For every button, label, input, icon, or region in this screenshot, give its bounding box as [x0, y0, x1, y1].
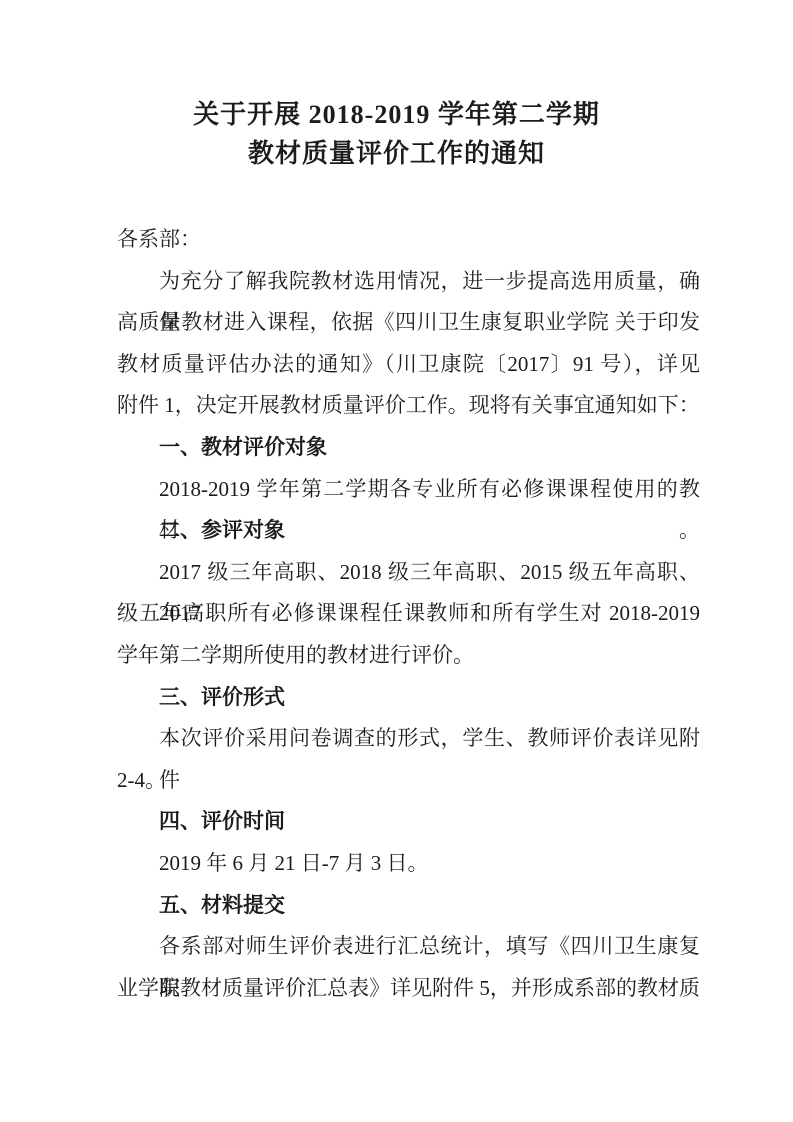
heading-section-3: 三、评价形式	[117, 677, 700, 719]
heading-section-4: 四、评价时间	[117, 801, 700, 843]
section-2-line-1: 2017 级三年高职、2018 级三年高职、2015 级五年高职、2017	[117, 552, 700, 594]
intro-line-1: 为充分了解我院教材选用情况，进一步提高选用质量，确保	[117, 261, 700, 303]
intro-line-3: 教材质量评估办法的通知》（川卫康院〔2017〕91 号），详见	[117, 344, 700, 386]
section-5-line-1: 各系部对师生评价表进行汇总统计，填写《四川卫生康复职	[117, 926, 700, 968]
section-5-line-2: 业学院教材质量评价汇总表》详见附件 5，并形成系部的教材质	[117, 968, 700, 1010]
document-page: 关于开展 2018-2019 学年第二学期 教材质量评价工作的通知 各系部： 为…	[0, 0, 793, 1122]
intro-line-2: 高质量教材进入课程，依据《四川卫生康复职业学院 关于印发	[117, 302, 700, 344]
heading-section-5: 五、材料提交	[117, 885, 700, 927]
intro-line-4: 附件 1，决定开展教材质量评价工作。现将有关事宜通知如下：	[117, 385, 700, 427]
section-4-line-1: 2019 年 6 月 21 日-7 月 3 日。	[117, 843, 700, 885]
section-1-line-1: 2018-2019 学年第二学期各专业所有必修课课程使用的教材。	[117, 469, 700, 511]
section-3-line-1: 本次评价采用问卷调查的形式，学生、教师评价表详见附件	[117, 718, 700, 760]
title-line-2: 教材质量评价工作的通知	[0, 134, 793, 173]
salutation: 各系部：	[117, 219, 700, 261]
document-title: 关于开展 2018-2019 学年第二学期 教材质量评价工作的通知	[0, 95, 793, 173]
heading-section-1: 一、教材评价对象	[117, 427, 700, 469]
section-3-line-2: 2-4。	[117, 760, 700, 802]
section-2-line-2: 级五年高职所有必修课课程任课教师和所有学生对 2018-2019	[117, 593, 700, 635]
document-body: 各系部： 为充分了解我院教材选用情况，进一步提高选用质量，确保 高质量教材进入课…	[117, 219, 700, 1009]
title-line-1: 关于开展 2018-2019 学年第二学期	[0, 95, 793, 134]
section-2-line-3: 学年第二学期所使用的教材进行评价。	[117, 635, 700, 677]
